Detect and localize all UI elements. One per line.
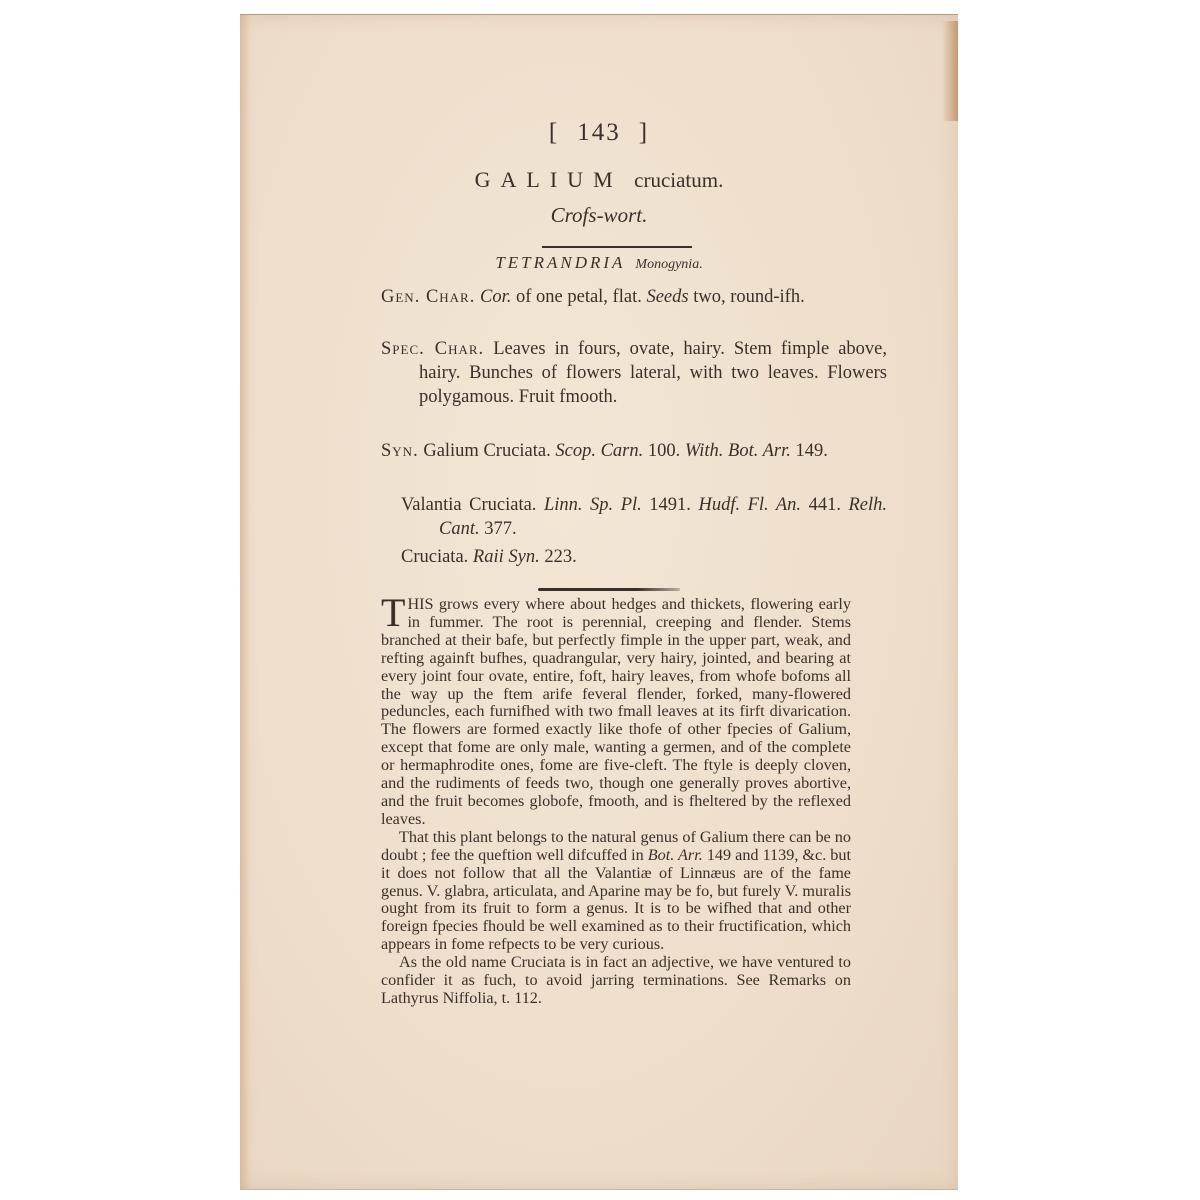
class-name: TETRANDRIA: [495, 253, 625, 272]
synonym-name: Galium Cruciata.: [419, 441, 556, 461]
ref-abbr: Linn. Sp. Pl.: [544, 495, 642, 515]
page-number-value: 143: [577, 119, 621, 146]
generic-character: Gen. Char. Cor. of one petal, flat. Seed…: [381, 285, 887, 309]
synonym-valantia: Valantia Cruciata. Linn. Sp. Pl. 1491. H…: [401, 493, 887, 541]
synonym-cruciata: Cruciata. Raii Syn. 223.: [401, 545, 849, 569]
paragraph: That this plant belongs to the natural g…: [381, 829, 851, 954]
ref-abbr: With. Bot. Arr.: [685, 441, 791, 461]
linnaean-class: TETRANDRIA Monogynia.: [240, 253, 958, 273]
ref-abbr: Raii Syn.: [473, 547, 540, 567]
common-name: Crofs-wort.: [240, 203, 958, 228]
ref-num: 441.: [801, 495, 848, 515]
page-number: [143]: [240, 119, 958, 147]
book-page: [143] GALIUM cruciatum. Crofs-wort. TETR…: [240, 14, 958, 1190]
syn-label: Syn.: [381, 441, 419, 461]
ref-num: 149.: [791, 441, 828, 461]
synonym-name: Cruciata.: [401, 547, 473, 567]
seeds-label: Seeds: [646, 287, 688, 307]
cor-label: Cor.: [480, 287, 511, 307]
title-divider: [542, 246, 692, 248]
species-epithet: cruciatum.: [634, 168, 723, 192]
ref-num: 377.: [480, 519, 517, 539]
ref-num: 1491.: [642, 495, 699, 515]
cor-text: of one petal, flat.: [511, 287, 646, 307]
spec-char-label: Spec. Char.: [381, 339, 484, 359]
specific-character: Spec. Char. Leaves in fours, ovate, hair…: [381, 337, 887, 409]
ref-num: 223.: [540, 547, 577, 567]
gen-char-label: Gen. Char.: [381, 287, 475, 307]
drop-cap: T: [381, 598, 405, 628]
section-divider: [538, 588, 680, 591]
synonym-galium: Syn. Galium Cruciata. Scop. Carn. 100. W…: [381, 439, 887, 463]
bracket-open: [: [549, 119, 559, 146]
paragraph-text: As the old name Cruciata is in fact an a…: [381, 953, 851, 1007]
synonym-name: Valantia Cruciata.: [401, 495, 544, 515]
description-text: THIS grows every where about hedges and …: [381, 596, 851, 1008]
species-title: GALIUM cruciatum.: [240, 167, 958, 193]
first-word: HIS: [407, 595, 433, 613]
ref-num: 100.: [643, 441, 685, 461]
genus-name: GALIUM: [475, 167, 623, 192]
paragraph-text: grows every where about hedges and thick…: [381, 595, 851, 828]
spec-char-text: Leaves in fours, ovate, hairy. Stem fimp…: [419, 339, 887, 407]
paragraph: THIS grows every where about hedges and …: [381, 596, 851, 829]
paragraph: As the old name Cruciata is in fact an a…: [381, 954, 851, 1008]
ref-abbr: Scop. Carn.: [555, 441, 643, 461]
ref-abbr: Hudf. Fl. An.: [698, 495, 801, 515]
order-name: Monogynia.: [635, 257, 702, 272]
seeds-text: two, round-ifh.: [689, 287, 805, 307]
ref-abbr: Bot. Arr.: [648, 846, 703, 864]
bracket-close: ]: [639, 119, 649, 146]
